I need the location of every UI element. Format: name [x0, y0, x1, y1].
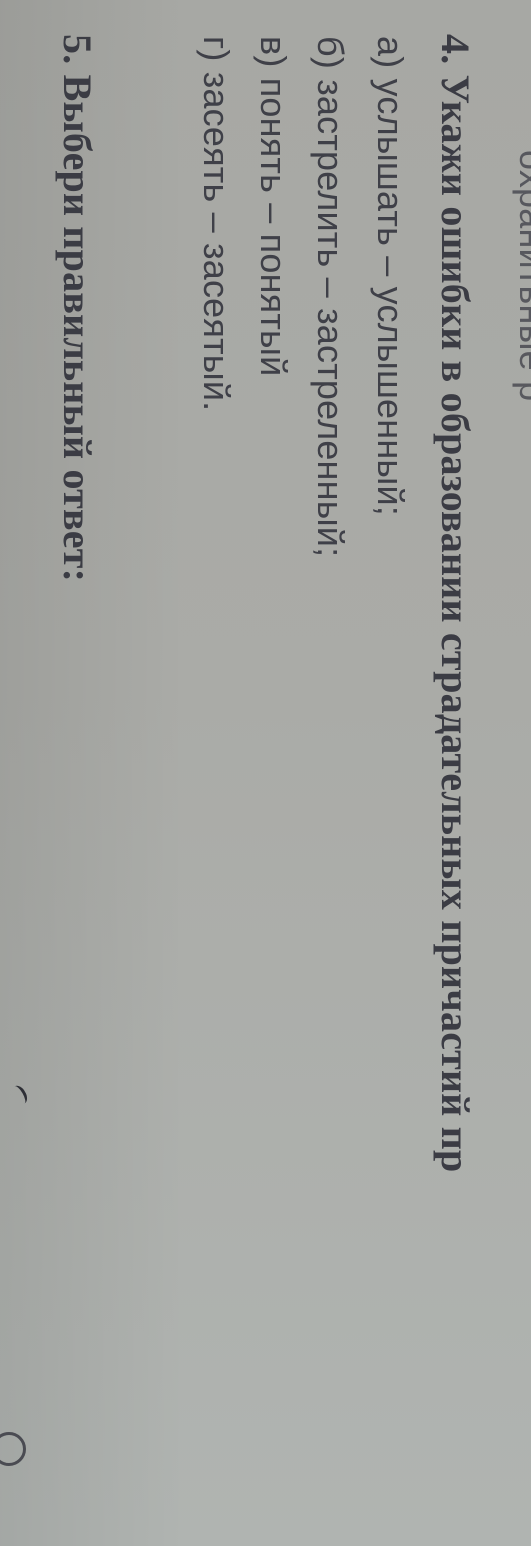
option-text: услышать – услышенный;	[370, 79, 411, 516]
option-text: понять – понятый	[253, 78, 294, 377]
cut-off-top-line: охранитьные р	[511, 150, 531, 401]
task-4-option-c: в) понять – понятый	[252, 36, 294, 376]
option-label: а)	[370, 36, 411, 68]
option-label: б)	[310, 36, 351, 69]
photo-of-worksheet: охранитьные р 4. Укажи ошибки в образова…	[0, 0, 531, 1546]
task-4-option-a: а) услышать – услышенный;	[369, 36, 411, 516]
task-4-option-d: г) засеять – засеятый.	[195, 36, 237, 411]
task-4-option-b: б) застрелить – застреленный;	[309, 36, 351, 557]
option-label: г)	[196, 36, 237, 62]
task-4-title: 4. Укажи ошибки в образовании страдатель…	[432, 34, 479, 1172]
option-label: в)	[253, 36, 294, 68]
option-text: засеять – засеятый.	[196, 72, 237, 412]
option-text: застрелить – застреленный;	[310, 79, 351, 557]
printed-page: охранитьные р 4. Укажи ошибки в образова…	[0, 0, 531, 1546]
pen-tick-mark-icon	[9, 1083, 30, 1107]
pen-circle-mark-icon	[0, 1432, 26, 1466]
task-5-title: 5. Выбери правильный ответ:	[54, 34, 101, 582]
